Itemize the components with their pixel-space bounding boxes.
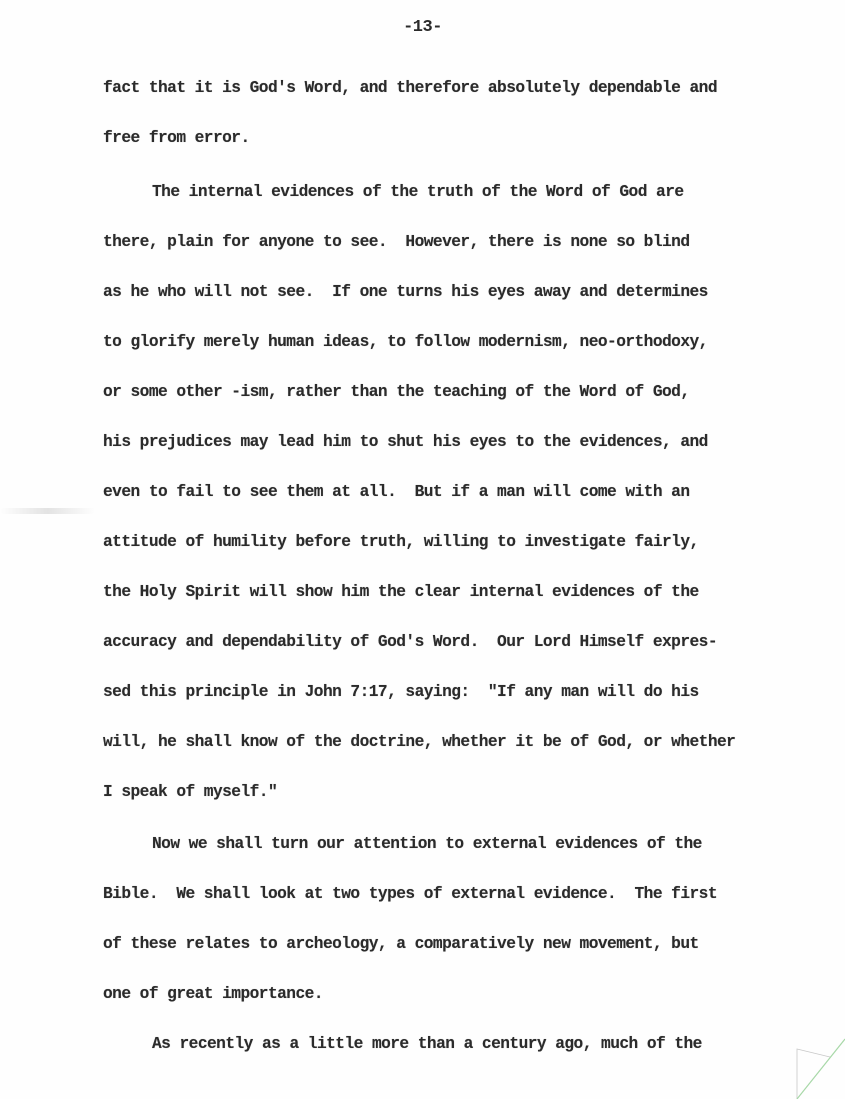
text-line: fact that it is God's Word, and therefor… bbox=[103, 78, 717, 98]
text-line: Bible. We shall look at two types of ext… bbox=[103, 884, 717, 904]
text-line: even to fail to see them at all. But if … bbox=[103, 482, 690, 502]
text-line: as he who will not see. If one turns his… bbox=[103, 282, 708, 302]
text-line: As recently as a little more than a cent… bbox=[152, 1034, 702, 1054]
page-number: -13- bbox=[0, 18, 845, 37]
text-line: there, plain for anyone to see. However,… bbox=[103, 232, 690, 252]
page-corner-fold bbox=[785, 1029, 845, 1099]
text-line: his prejudices may lead him to shut his … bbox=[103, 432, 708, 452]
text-line: of these relates to archeology, a compar… bbox=[103, 934, 699, 954]
text-line: I speak of myself." bbox=[103, 782, 277, 802]
text-line: The internal evidences of the truth of t… bbox=[152, 182, 684, 202]
text-line: free from error. bbox=[103, 128, 250, 148]
text-line: one of great importance. bbox=[103, 984, 323, 1004]
text-line: the Holy Spirit will show him the clear … bbox=[103, 582, 699, 602]
text-line: will, he shall know of the doctrine, whe… bbox=[103, 732, 735, 752]
text-line: attitude of humility before truth, willi… bbox=[103, 532, 699, 552]
paper-smudge bbox=[0, 508, 95, 514]
text-line: or some other -ism, rather than the teac… bbox=[103, 382, 690, 402]
text-line: sed this principle in John 7:17, saying:… bbox=[103, 682, 699, 702]
document-page: -13- fact that it is God's Word, and the… bbox=[0, 0, 845, 1099]
text-line: accuracy and dependability of God's Word… bbox=[103, 632, 717, 652]
text-line: to glorify merely human ideas, to follow… bbox=[103, 332, 708, 352]
text-line: Now we shall turn our attention to exter… bbox=[152, 834, 702, 854]
